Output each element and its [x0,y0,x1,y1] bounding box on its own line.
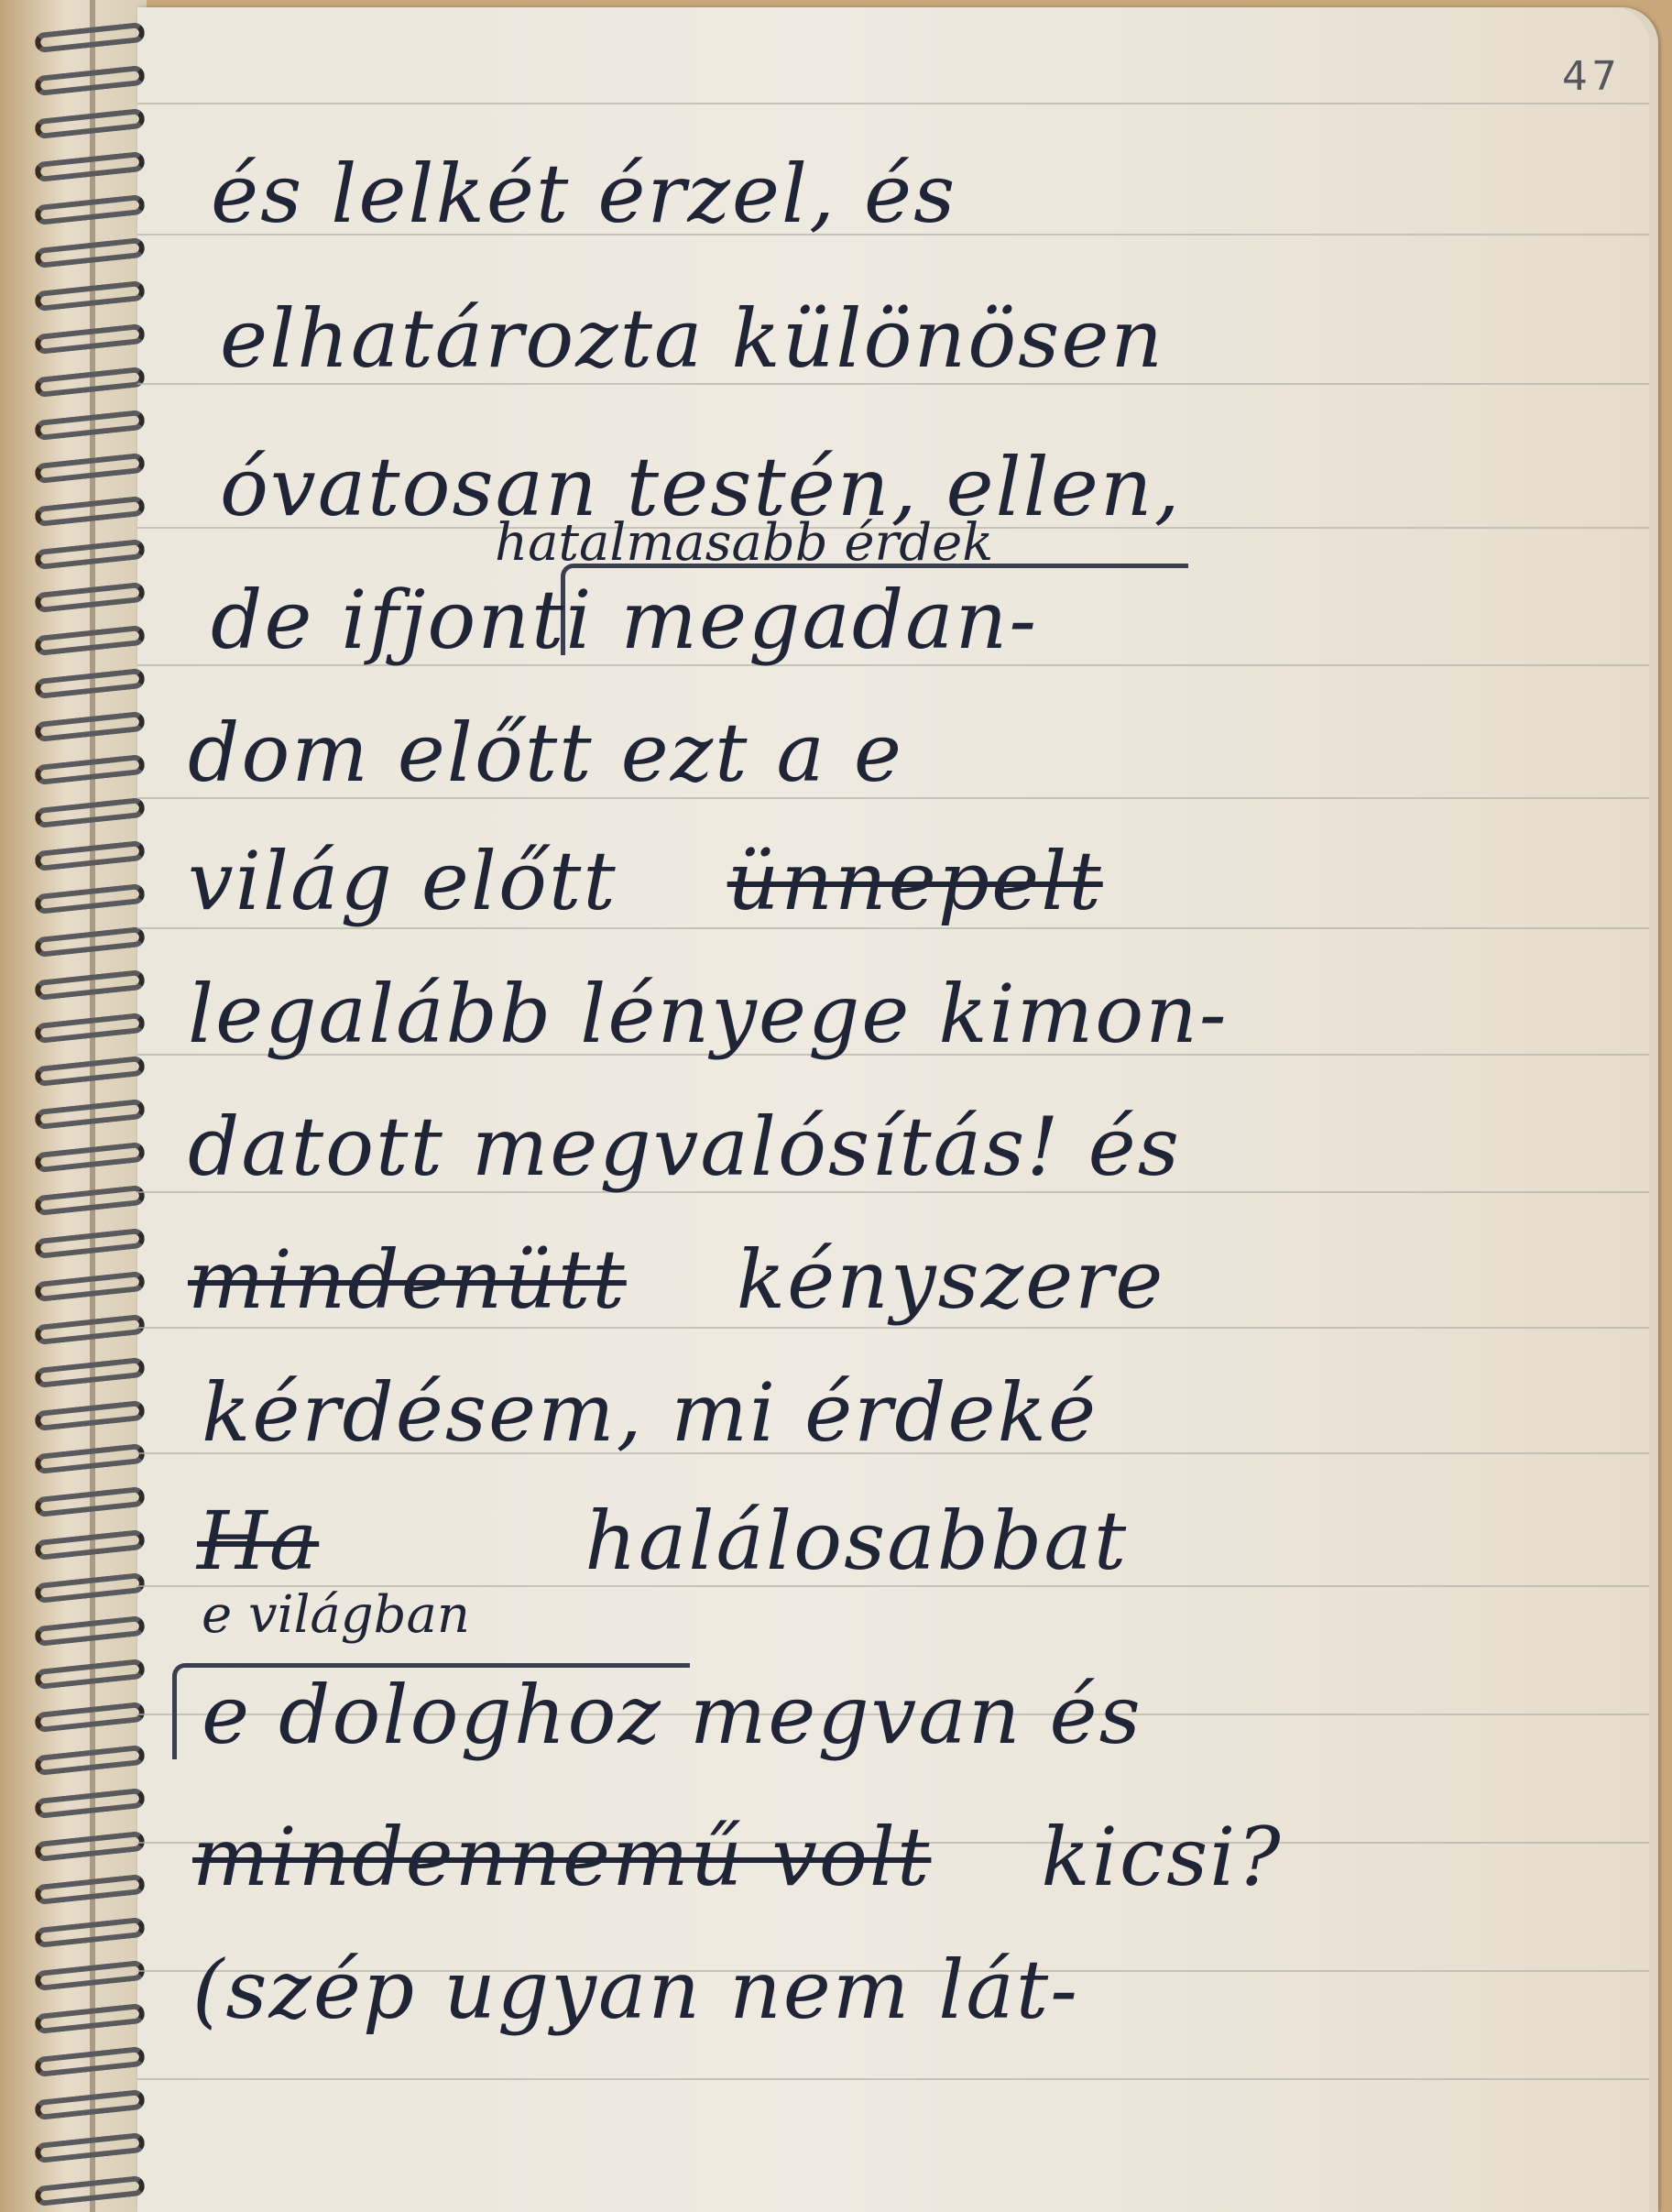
handwritten-line-13: mindennemű volt kicsi? [192,1810,1622,1904]
ruled-line [137,103,1649,104]
line-text: kicsi? [1041,1810,1282,1904]
handwritten-line-2: elhatározta különösen [220,291,1649,386]
ruled-line [137,1327,1649,1329]
line-text: e dologhoz megvan és [202,1668,1142,1762]
line-text: legalább lényege kimon- [188,967,1229,1061]
handwritten-line-7: legalább lényege kimon- [188,967,1617,1061]
line-text: elhatározta különösen [220,291,1164,386]
line-text: dom előtt ezt a e [188,706,903,800]
handwritten-line-4: de ifjonti megadan- [211,573,1640,667]
line-text: kényszere [737,1232,1165,1327]
ruled-line [137,2078,1649,2080]
line-text: de ifjonti megadan- [211,573,1038,667]
handwritten-line-11: Ha halálosabbat [197,1494,1626,1588]
handwritten-line-1: és lelkét érzel, és [183,147,1612,241]
struck-word: Ha [197,1494,319,1588]
handwritten-line-12: e dologhoz megvan és [202,1668,1631,1762]
struck-word: mindennemű volt [192,1810,931,1904]
page-number: 47 [1562,53,1621,100]
line-text: kérdésem, mi érdeké [202,1365,1098,1460]
line-text: és lelkét érzel, és [211,147,956,241]
struck-word: mindenütt [188,1232,627,1327]
handwritten-line-8: datott megvalósítás! és [188,1100,1617,1194]
handwritten-line-5: dom előtt ezt a e [188,706,1617,800]
struck-word: ünnepelt [727,834,1103,928]
handwritten-line-6: világ előtt ünnepelt [188,834,1617,928]
line-text: (szép ugyan nem lát- [192,1943,1079,2037]
inserted-text: e világban [202,1585,470,1645]
handwritten-line-14: (szép ugyan nem lát- [192,1943,1622,2037]
line-text: halálosabbat [585,1494,1128,1588]
handwritten-line-10: kérdésem, mi érdeké [202,1365,1631,1460]
line-text: világ előtt [188,834,617,928]
line-text: datott megvalósítás! és [188,1100,1181,1194]
handwritten-line-9: mindenütt kényszere [188,1232,1617,1327]
